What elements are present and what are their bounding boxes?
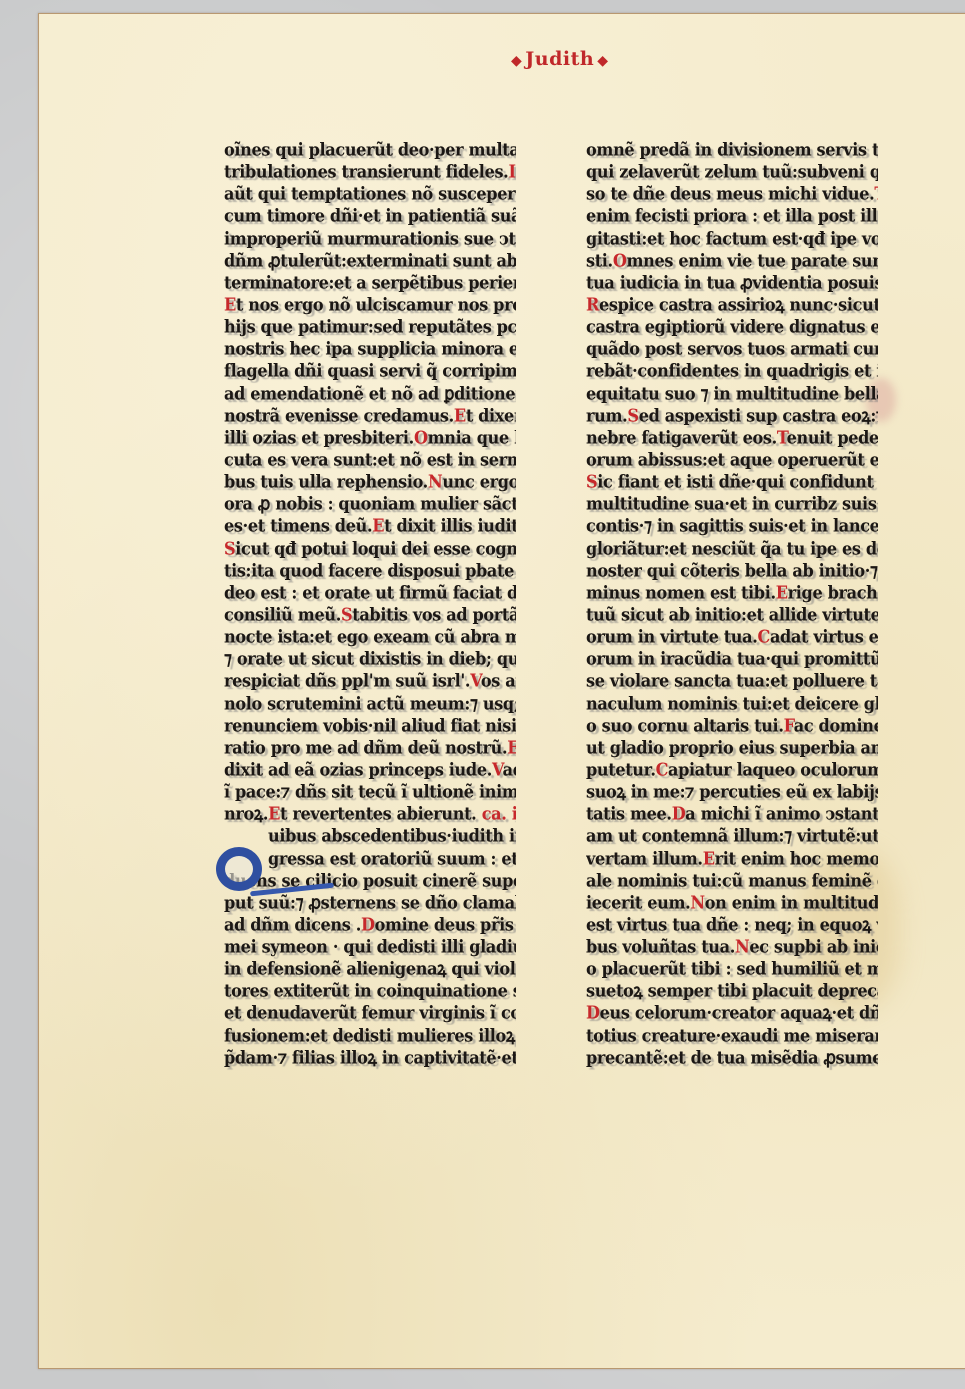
text-line: totius creature·exaudi me miseram de=	[586, 1023, 878, 1048]
line-text: gressa est oratoriũ suum : et in=	[268, 847, 516, 868]
rubricated-capital: C	[656, 759, 668, 780]
running-head: ◆Judith◆	[508, 48, 611, 70]
line-text: oĩnes qui placuerũt deo·per multas	[224, 139, 516, 160]
line-text: ac domine:	[794, 714, 878, 735]
line-text: sti.	[586, 249, 613, 270]
text-line: improperiũ murmurationis sue ↄtra	[224, 226, 516, 251]
line-text: in defensionẽ alienigenaꝝ qui viola=	[224, 958, 516, 979]
line-text: ade	[503, 759, 516, 780]
line-text: vertam illum.	[586, 847, 703, 868]
line-text: ĩ pace:⁊ dñs sit tecũ ĩ ultionẽ inimicoꝝ	[224, 781, 516, 802]
rubricated-capital: E	[224, 294, 236, 315]
text-line: p̃dam·⁊ filias illoꝝ in captivitatẽ·et	[224, 1045, 516, 1070]
rubricated-capital: F	[784, 714, 794, 735]
line-text: tua iudicia in tua ꝓvidentia posuisti.	[586, 272, 878, 293]
rubricated-capital: E	[372, 515, 384, 536]
line-text: orum in virtute tua.	[586, 626, 758, 647]
text-line: gloriãtur:et nesciũt q̃a tu ipe es de⁹	[586, 536, 878, 561]
rubricated-capital: C	[758, 626, 770, 647]
text-line: ad dñm dicens .Domine deus pr̃is	[224, 913, 516, 938]
line-text: contis·⁊ in sagittis suis·et in lanceis	[586, 515, 878, 536]
line-text: ad emendationẽ et nõ ad ꝑditionem	[224, 382, 516, 403]
line-text: nostris hec ipa supplicia minora esse:	[224, 338, 516, 359]
text-line: nebre fatigaverũt eos.Tenuit pedes e=	[586, 425, 878, 450]
text-line: enim fecisti priora : et illa post illa …	[586, 204, 878, 229]
rubricated-capital: S	[341, 604, 352, 625]
line-text: tatis mee.	[586, 803, 672, 824]
line-text: tabitis vos ad portã	[352, 604, 516, 625]
text-line: naculum nominis tui:et deicere gladi=	[586, 691, 878, 716]
line-text: ec supbi ab inici=	[749, 936, 878, 957]
line-text: dñm ꝓtulerũt:exterminati sunt ab ex=	[224, 249, 516, 270]
text-line: rum.Sed aspexisti sup castra eoꝝ:⁊ te=	[586, 403, 878, 428]
line-text: so te dñe deus meus michi vidue.	[586, 183, 874, 204]
line-text: tribulationes transierunt fideles.	[224, 161, 508, 182]
line-text: on enim in multitudine	[705, 892, 878, 913]
line-text: rum.	[586, 404, 627, 425]
text-line: uibus abscedentibus·iudith in=	[224, 824, 516, 849]
text-line: contis·⁊ in sagittis suis·et in lanceis	[586, 514, 878, 539]
line-text: o suo cornu altaris tui.	[586, 714, 784, 735]
line-text: t dixerũt	[466, 404, 516, 425]
line-text: mei symeon · qui dedisti illi gladium	[224, 936, 516, 957]
text-line: et denudaverũt femur virginis ĩ con=	[224, 1001, 516, 1026]
line-text: ora ꝓ nobis : quoniam mulier sãcta	[224, 493, 516, 514]
line-text: bus tuis ulla rephensio.	[224, 471, 428, 492]
text-line: gitasti:et hoc factum est·qđ ipe volui=	[586, 226, 878, 251]
line-text: bus voluñtas tua.	[586, 936, 735, 957]
line-text: t nos ergo nõ ulciscamur nos pro	[236, 294, 516, 315]
line-text: uibus abscedentibus·iudith in=	[268, 825, 516, 846]
text-line: dñm ꝓtulerũt:exterminati sunt ab ex=	[224, 248, 516, 273]
text-line: nostrã evenisse credamus.Et dixerũt	[224, 403, 516, 428]
text-line: noster qui cõteris bella ab initio·⁊ do=	[586, 558, 878, 583]
line-text: castra egiptiorũ videre dignatus es:	[586, 316, 878, 337]
line-text: unc ergo	[442, 471, 516, 492]
line-text: ale nominis tui:cũ manus feminẽ de=	[586, 869, 878, 890]
line-text: nocte ista:et ego exeam cũ abra mea:	[224, 626, 516, 647]
text-line: respiciat dñs ppl'm suũ isrl'.Vos aũt	[224, 669, 516, 694]
text-line: ale nominis tui:cũ manus feminẽ de=	[586, 868, 878, 893]
rubricated-capital: S	[586, 471, 597, 492]
line-text: put suũ:⁊ ꝓsternens se dño clamabat	[224, 892, 516, 913]
rubricated-capital: V	[470, 670, 481, 691]
line-text: et denudaverũt femur virginis ĩ con=	[224, 1002, 516, 1023]
line-text: nostrã evenisse credamus.	[224, 404, 454, 425]
text-line: nolo scrutemini actũ meum:⁊ usq; dũ	[224, 691, 516, 716]
line-text: enim fecisti priora : et illa post illa …	[586, 205, 878, 226]
line-text: putetur.	[586, 759, 656, 780]
line-text: deo est : et orate ut firmũ faciat deus	[224, 582, 516, 603]
text-line: est virtus tua dñe : neq; in equoꝝ viri=	[586, 913, 878, 938]
text-line: ratio pro me ad dñm deũ nostrũ.Et	[224, 735, 516, 760]
rubricated-capital: D	[672, 803, 686, 824]
line-text: adat virtus e=	[770, 626, 878, 647]
line-text: icut qđ potui loqui dei esse cognosci=	[235, 537, 516, 558]
line-text: dixit ad eã ozias princeps iude.	[224, 759, 492, 780]
rubric-dot-icon: ◆	[597, 53, 608, 69]
text-line: minus nomen est tibi.Erige brachiũ	[586, 580, 878, 605]
rubricated-capital: E	[776, 582, 788, 603]
text-line: equitatu suo ⁊ in multitudine bellato=	[586, 381, 878, 406]
text-line: es·et timens deũ.Et dixit illis iudith.	[224, 514, 516, 539]
running-head-title: Judith	[525, 48, 594, 70]
text-line: flagella dñi quasi servi q̃ corripimur	[224, 359, 516, 384]
text-line: gressa est oratoriũ suum : et in=	[224, 846, 516, 871]
rubricated-capital: E	[454, 404, 466, 425]
line-text: multitudine sua·et in curribz suis·et ĩ	[586, 493, 878, 514]
text-line: vertam illum.Erit enim hoc memori=	[586, 846, 878, 871]
line-text: enuit pedes e=	[787, 427, 878, 448]
text-line: tua iudicia in tua ꝓvidentia posuisti.	[586, 271, 878, 296]
line-text: se violare sancta tua:et polluere taber=	[586, 670, 878, 691]
rubricated-capital: D	[586, 1002, 600, 1023]
text-line: deo est : et orate ut firmũ faciat deus	[224, 580, 516, 605]
rubricated-capital: T	[777, 427, 787, 448]
line-text: nolo scrutemini actũ meum:⁊ usq; dũ	[224, 692, 516, 713]
line-text: t dixit illis iudith.	[384, 515, 516, 536]
text-line: iecerit eum.Non enim in multitudine	[586, 890, 878, 915]
line-text: rit enim hoc memori=	[715, 847, 878, 868]
rubricated-capital: N	[690, 892, 704, 913]
line-text: respiciat dñs ppl'm suũ isrl'.	[224, 670, 470, 691]
rubricated-capital: S	[224, 537, 235, 558]
line-text: tuũ sicut ab initio:et allide virtutem e…	[586, 604, 878, 625]
line-text: equitatu suo ⁊ in multitudine bellato=	[586, 382, 878, 403]
rubricated-capital: R	[586, 294, 599, 315]
text-line: terminatore:et a serpẽtibus perierunt.	[224, 271, 516, 296]
line-text: quãdo post servos tuos armati cur=	[586, 338, 878, 359]
text-line: Deus celorum·creator aquaꝝ·et dñs	[586, 1001, 878, 1026]
text-line: tis:ita quod facere disposui pbate si ex	[224, 558, 516, 583]
line-text: cum timore dñi·et in patientiã suã et	[224, 205, 516, 226]
line-text: aũt qui temptationes nõ susceperũt	[224, 183, 516, 204]
rubricated-capital: D	[361, 914, 375, 935]
line-text: apiatur laqueo oculorum	[668, 759, 878, 780]
line-text: omnẽ predã in divisionem servis tuis	[586, 139, 878, 160]
line-text: rige brachiũ	[788, 582, 878, 603]
line-text: mnia que lo=	[428, 427, 516, 448]
text-line: cum timore dñi·et in patientiã suã et	[224, 204, 516, 229]
text-line: sti.Omnes enim vie tue parate sunt:⁊	[586, 248, 878, 273]
line-text: naculum nominis tui:et deicere gladi=	[586, 692, 878, 713]
line-text: orum abissus:et aque operuerũt eos.	[586, 449, 878, 470]
line-text: est virtus tua dñe : neq; in equoꝝ viri=	[586, 914, 878, 935]
rubricated-capital: E	[268, 803, 280, 824]
rubricated-capital: O	[414, 427, 428, 448]
text-line: renunciem vobis·nil aliud fiat nisi o=	[224, 713, 516, 738]
line-text: cuta es vera sunt:et nõ est in sermoni=	[224, 449, 516, 470]
text-line: se violare sancta tua:et polluere taber=	[586, 669, 878, 694]
line-text: tores extiterũt in coinquinatione sua:	[224, 980, 516, 1001]
line-text: am ut contemnã illum:⁊ virtutẽ:ut e=	[586, 825, 878, 846]
chapter-marker: ca. ix.	[482, 803, 516, 824]
rubricated-capital: S	[627, 404, 638, 425]
line-text: orum in iracũdia tua·qui promittũt	[586, 648, 878, 669]
line-text: rebãt·confidentes in quadrigis et in	[586, 360, 878, 381]
line-text: nroꝝ.	[224, 803, 268, 824]
line-text: suetoꝝ semper tibi placuit deprecatio.	[586, 980, 878, 1001]
line-text: es·et timens deũ.	[224, 515, 372, 536]
text-line: precantẽ:et de tua misẽdia ꝓsumentẽ.	[586, 1045, 878, 1070]
text-line: rebãt·confidentes in quadrigis et in	[586, 359, 878, 384]
rubricated-capital: I	[508, 161, 515, 182]
line-text: hijs que patimur:sed reputãtes pcãs	[224, 316, 516, 337]
line-text: totius creature·exaudi me miseram de=	[586, 1024, 878, 1045]
line-text: flagella dñi quasi servi q̃ corripimur	[224, 360, 516, 381]
line-text: ratio pro me ad dñm deũ nostrũ.	[224, 737, 507, 758]
line-text: omine deus pr̃is	[375, 914, 514, 935]
left-text-column: oĩnes qui placuerũt deo·per multastribul…	[224, 139, 516, 1069]
line-text: iecerit eum.	[586, 892, 690, 913]
rubricated-capital: N	[735, 936, 749, 957]
rubricated-capital: E	[507, 737, 516, 758]
line-text: gitasti:et hoc factum est·qđ ipe volui=	[586, 227, 878, 248]
line-text: os aũt	[481, 670, 516, 691]
line-text: renunciem vobis·nil aliud fiat nisi o=	[224, 714, 516, 735]
text-line: ut gladio proprio eius superbia am=	[586, 735, 878, 760]
text-line: Sicut qđ potui loqui dei esse cognosci=	[224, 536, 516, 561]
line-text: tis:ita quod facere disposui pbate si ex	[224, 559, 516, 580]
line-text: ad dñm dicens .	[224, 914, 361, 935]
line-text: noster qui cõteris bella ab initio·⁊ do=	[586, 559, 878, 580]
line-text: terminatore:et a serpẽtibus perierunt.	[224, 272, 516, 293]
line-text: o placuerũt tibi : sed humiliũ et man=	[586, 958, 878, 979]
line-text: nebre fatigaverũt eos.	[586, 427, 777, 448]
line-text: improperiũ murmurationis sue ↄtra	[224, 227, 516, 248]
line-text: gloriãtur:et nesciũt q̃a tu ipe es de⁹	[586, 537, 878, 558]
line-text: a michi ĩ animo ↄstanti=	[685, 803, 878, 824]
line-text: t revertentes abierunt.	[280, 803, 476, 824]
line-text: p̃dam·⁊ filias illoꝝ in captivitatẽ·et	[224, 1047, 516, 1068]
decorated-initial-q-icon	[216, 847, 262, 891]
right-text-column: omnẽ predã in divisionem servis tuisqui …	[586, 139, 878, 1069]
line-text: precantẽ:et de tua misẽdia ꝓsumentẽ.	[586, 1047, 878, 1068]
line-text: qui zelaverũt zelum tuũ:subveni que=	[586, 161, 878, 182]
rubric-dot-icon: ◆	[511, 53, 522, 69]
line-text: espice castra assirioꝝ nunc·sicut tūc	[599, 294, 878, 315]
line-text: minus nomen est tibi.	[586, 582, 776, 603]
line-text: fusionem:et dedisti mulieres illoꝝ in	[224, 1024, 516, 1045]
line-text: ut gladio proprio eius superbia am=	[586, 737, 878, 758]
line-text: eus celorum·creator aquaꝝ·et dñs	[600, 1002, 878, 1023]
line-text: consiliũ meũ.	[224, 604, 341, 625]
line-text: suoꝝ in me:⁊ percuties eũ ex labijs cari…	[586, 781, 878, 802]
rubricated-capital: O	[613, 249, 627, 270]
text-line: ad emendationẽ et nõ ad ꝑditionem	[224, 381, 516, 406]
rubricated-capital: V	[492, 759, 503, 780]
text-line: fusionem:et dedisti mulieres illoꝝ in	[224, 1023, 516, 1048]
text-line: am ut contemnã illum:⁊ virtutẽ:ut e=	[586, 824, 878, 849]
line-text: illi ozias et presbiteri.	[224, 427, 414, 448]
line-text: ic fiant et isti dñe·qui confidunt in	[597, 471, 878, 492]
rubricated-capital: E	[703, 847, 715, 868]
text-line: illi ozias et presbiteri.Omnia que lo=	[224, 425, 516, 450]
rubricated-capital: N	[428, 471, 442, 492]
line-text: ⁊ orate ut sicut dixistis in dieb; quĩq;	[224, 648, 516, 669]
rubricated-capital: T	[874, 183, 878, 204]
line-text: duens se cilicio posuit cinerẽ super ca=	[224, 869, 516, 890]
line-text: ed aspexisti sup castra eoꝝ:⁊ te=	[639, 404, 878, 425]
text-line: o suo cornu altaris tui.Fac domine:	[586, 713, 878, 738]
line-text: mnes enim vie tue parate sunt:⁊	[626, 249, 878, 270]
